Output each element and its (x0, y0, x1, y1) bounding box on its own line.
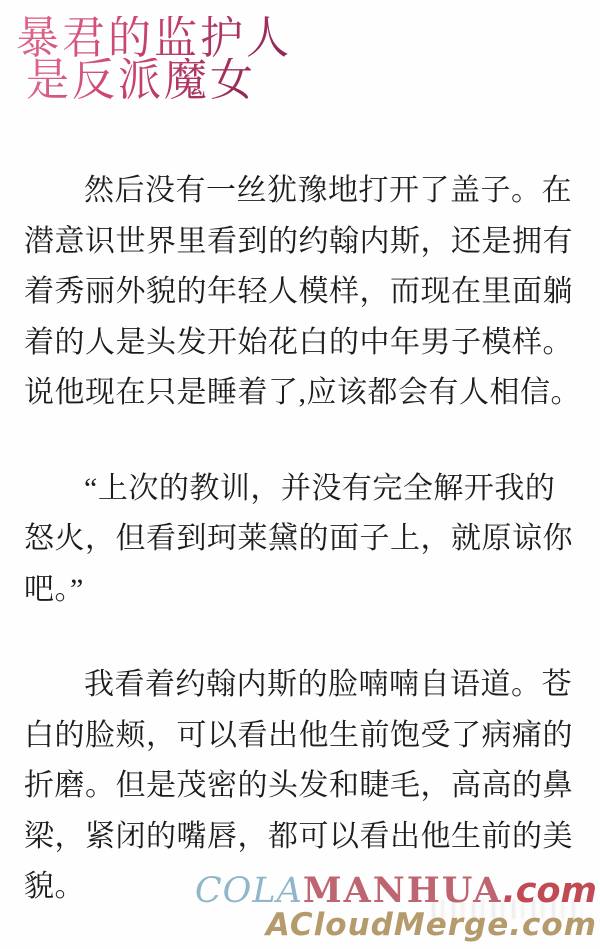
text-line: 然后没有一丝犹豫地打开了盖子。在 (24, 166, 576, 217)
series-title-logo: 暴君的监护人 是反派魔女 (16, 16, 292, 102)
watermark-line2: ACloudMerge.com (195, 910, 597, 941)
text-line: 着秀丽外貌的年轻人模样，而现在里面躺 (24, 267, 576, 318)
text-line: 潜意识世界里看到的约翰内斯，还是拥有 (24, 217, 576, 268)
text-line: 着的人是头发开始花白的中年男子模样。 (24, 318, 576, 369)
watermark-manhua-text: MANHUA (303, 870, 503, 911)
text-line: 白的脸颊，可以看出他生前饱受了病痛的 (24, 711, 576, 762)
text-line: 怒火，但看到珂莱黛的面子上，就原谅你 (24, 514, 576, 565)
site-watermark: COLAMANHUA.com ACloudMerge.com (195, 873, 597, 941)
novel-page: 暴君的监护人 是反派魔女 然后没有一丝犹豫地打开了盖子。在 潜意识世界里看到的约… (0, 0, 600, 949)
watermark-cola-text: COLA (195, 871, 303, 911)
series-title-line2: 是反派魔女 (26, 58, 256, 104)
text-line: 说他现在只是睡着了,应该都会有人相信。 (24, 368, 576, 419)
novel-text-content: 然后没有一丝犹豫地打开了盖子。在 潜意识世界里看到的约翰内斯，还是拥有 着秀丽外… (24, 166, 576, 913)
paragraph-2: “上次的教训，并没有完全解开我的 怒火，但看到珂莱黛的面子上，就原谅你 吧。” (24, 464, 576, 616)
text-line: 吧。” (24, 565, 576, 616)
paragraph-1: 然后没有一丝犹豫地打开了盖子。在 潜意识世界里看到的约翰内斯，还是拥有 着秀丽外… (24, 166, 576, 419)
watermark-dotcom-text: .com (502, 871, 597, 911)
text-line: 梁，紧闭的嘴唇，都可以看出他生前的美 (24, 812, 576, 863)
watermark-line1: COLAMANHUA.com (195, 873, 597, 909)
text-line: 我看着约翰内斯的脸喃喃自语道。苍 (24, 660, 576, 711)
text-line: “上次的教训，并没有完全解开我的 (24, 464, 576, 515)
text-line: 折磨。但是茂密的头发和睫毛，高高的鼻 (24, 761, 576, 812)
